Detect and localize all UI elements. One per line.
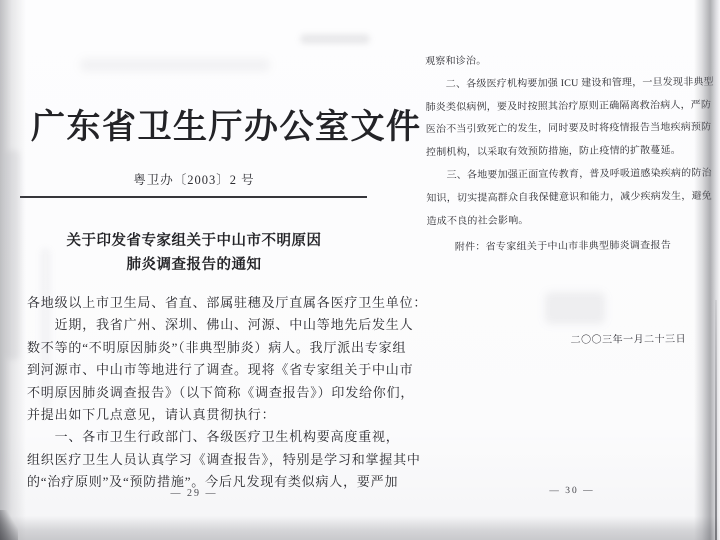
- left-page: 广东省卫生厅办公室文件 粤卫办〔2003〕2 号 关于印发省专家组关于中山市不明…: [0, 0, 415, 540]
- body-text-line: 控制机构，以采取有效预防措施，防止疫情的扩散蔓延。: [426, 140, 716, 165]
- body-text-line: 各地级以上市卫生局、省直、部属驻穗及厅直属各医疗卫生单位：: [27, 292, 405, 314]
- body-text-line: 并提出如下几点意见，请认真贯彻执行：: [27, 404, 405, 426]
- subject-line-1: 关于印发省专家组关于中山市不明原因: [20, 229, 368, 253]
- attachment-line: 附件：省专家组关于中山市非典型肺炎调查报告: [427, 236, 671, 253]
- scanned-document: 广东省卫生厅办公室文件 粤卫办〔2003〕2 号 关于印发省专家组关于中山市不明…: [0, 0, 720, 540]
- left-page-number: — 29 —: [20, 488, 368, 499]
- body-text-line: 观察和诊治。: [425, 49, 715, 74]
- body-text-line: 知识，切实提高群众自我保健意识和能力，减少疾病发生，避免: [426, 185, 716, 210]
- right-page: 观察和诊治。 二、各级医疗机构要加强 ICU 建设和管理，一旦发现非典型肺炎类似…: [413, 0, 720, 540]
- date-line: 二〇〇三年一月二十三日: [571, 330, 687, 346]
- body-text-line: 不明原因肺炎调查报告》（以下简称《调查报告》）印发给你们，: [27, 382, 405, 404]
- letterhead-title: 广东省卫生厅办公室文件: [31, 99, 422, 148]
- body-text-line: 一、各市卫生行政部门、各级医疗卫生机构要高度重视，: [27, 426, 405, 448]
- subject-title: 关于印发省专家组关于中山市不明原因 肺炎调查报告的通知: [20, 229, 368, 277]
- body-text-line: 数不等的“不明原因肺炎”（非典型肺炎）病人。我厅派出专家组: [27, 337, 405, 359]
- header-rule: [20, 196, 367, 198]
- body-text-line: 近期，我省广州、深圳、佛山、河源、中山等地先后发生人: [27, 314, 405, 336]
- right-body-text: 观察和诊治。 二、各级医疗机构要加强 ICU 建设和管理，一旦发现非典型肺炎类似…: [425, 49, 717, 234]
- left-body-text: 各地级以上市卫生局、省直、部属驻穗及厅直属各医疗卫生单位： 近期，我省广州、深圳…: [27, 292, 405, 494]
- doc-number: 粤卫办〔2003〕2 号: [20, 170, 368, 188]
- body-text-line: 组织医疗卫生人员认真学习《调查报告》，特别是学习和掌握其中: [27, 449, 405, 471]
- right-page-number: — 30 —: [429, 485, 715, 497]
- body-text-line: 造成不良的社会影响。: [426, 208, 716, 233]
- body-text-line: 肺炎类似病例，要及时按照其治疗原则正确隔离救治病人，严防: [425, 94, 715, 119]
- body-text-line: 到河源市、中山市等地进行了调查。现将《省专家组关于中山市: [27, 359, 405, 381]
- body-text-line: 二、各级医疗机构要加强 ICU 建设和管理，一旦发现非典型: [425, 71, 715, 96]
- body-text-line: 医治不当引致死亡的发生，同时要及时将疫情报告当地疾病预防: [426, 117, 716, 142]
- body-text-line: 三、各地要加强正面宣传教育，普及呼吸道感染疾病的防治: [426, 163, 716, 188]
- subject-line-2: 肺炎调查报告的通知: [20, 253, 368, 277]
